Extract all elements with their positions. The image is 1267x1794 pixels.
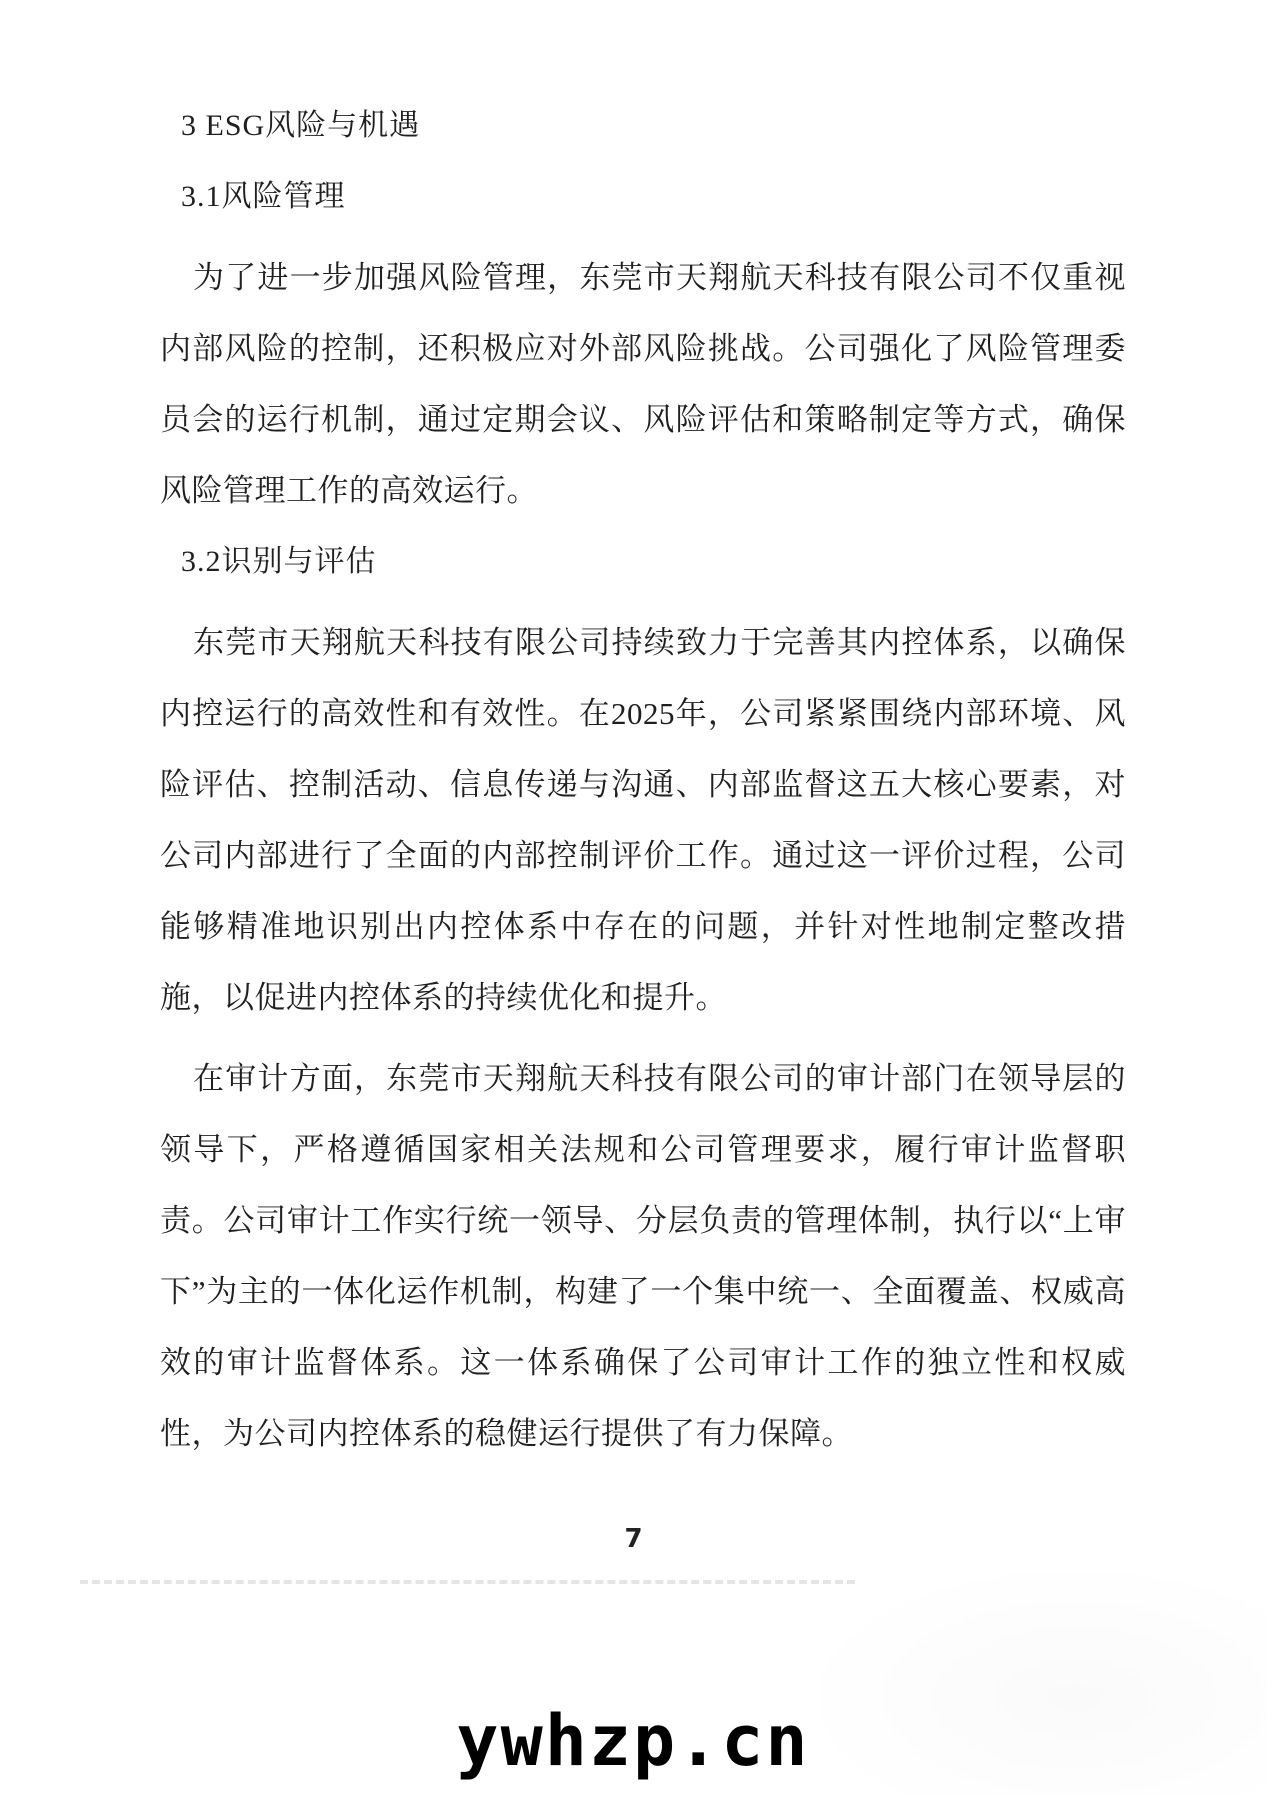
document-body: 3 ESG风险与机遇 3.1风险管理 为了进一步加强风险管理，东莞市天翔航天科技… — [160, 90, 1126, 1469]
paragraph-risk-management: 为了进一步加强风险管理，东莞市天翔航天科技有限公司不仅重视内部风险的控制，还积极… — [160, 242, 1126, 526]
paragraph-audit-system: 在审计方面，东莞市天翔航天科技有限公司的审计部门在领导层的领导下，严格遵循国家相… — [160, 1043, 1126, 1469]
heading-identification-assessment: 3.2识别与评估 — [160, 526, 1126, 597]
watermark-text: ywhzp.cn — [456, 1700, 809, 1782]
document-page: 3 ESG风险与机遇 3.1风险管理 为了进一步加强风险管理，东莞市天翔航天科技… — [0, 0, 1267, 1794]
scan-artifact-shading — [787, 1555, 1267, 1794]
page-number: 7 — [0, 1524, 1267, 1554]
heading-esg-risk-opportunities: 3 ESG风险与机遇 — [160, 90, 1126, 161]
paragraph-internal-control: 东莞市天翔航天科技有限公司持续致力于完善其内控体系，以确保内控运行的高效性和有效… — [160, 607, 1126, 1033]
scan-artifact-dashed-line — [80, 1580, 855, 1584]
heading-risk-management: 3.1风险管理 — [160, 161, 1126, 232]
